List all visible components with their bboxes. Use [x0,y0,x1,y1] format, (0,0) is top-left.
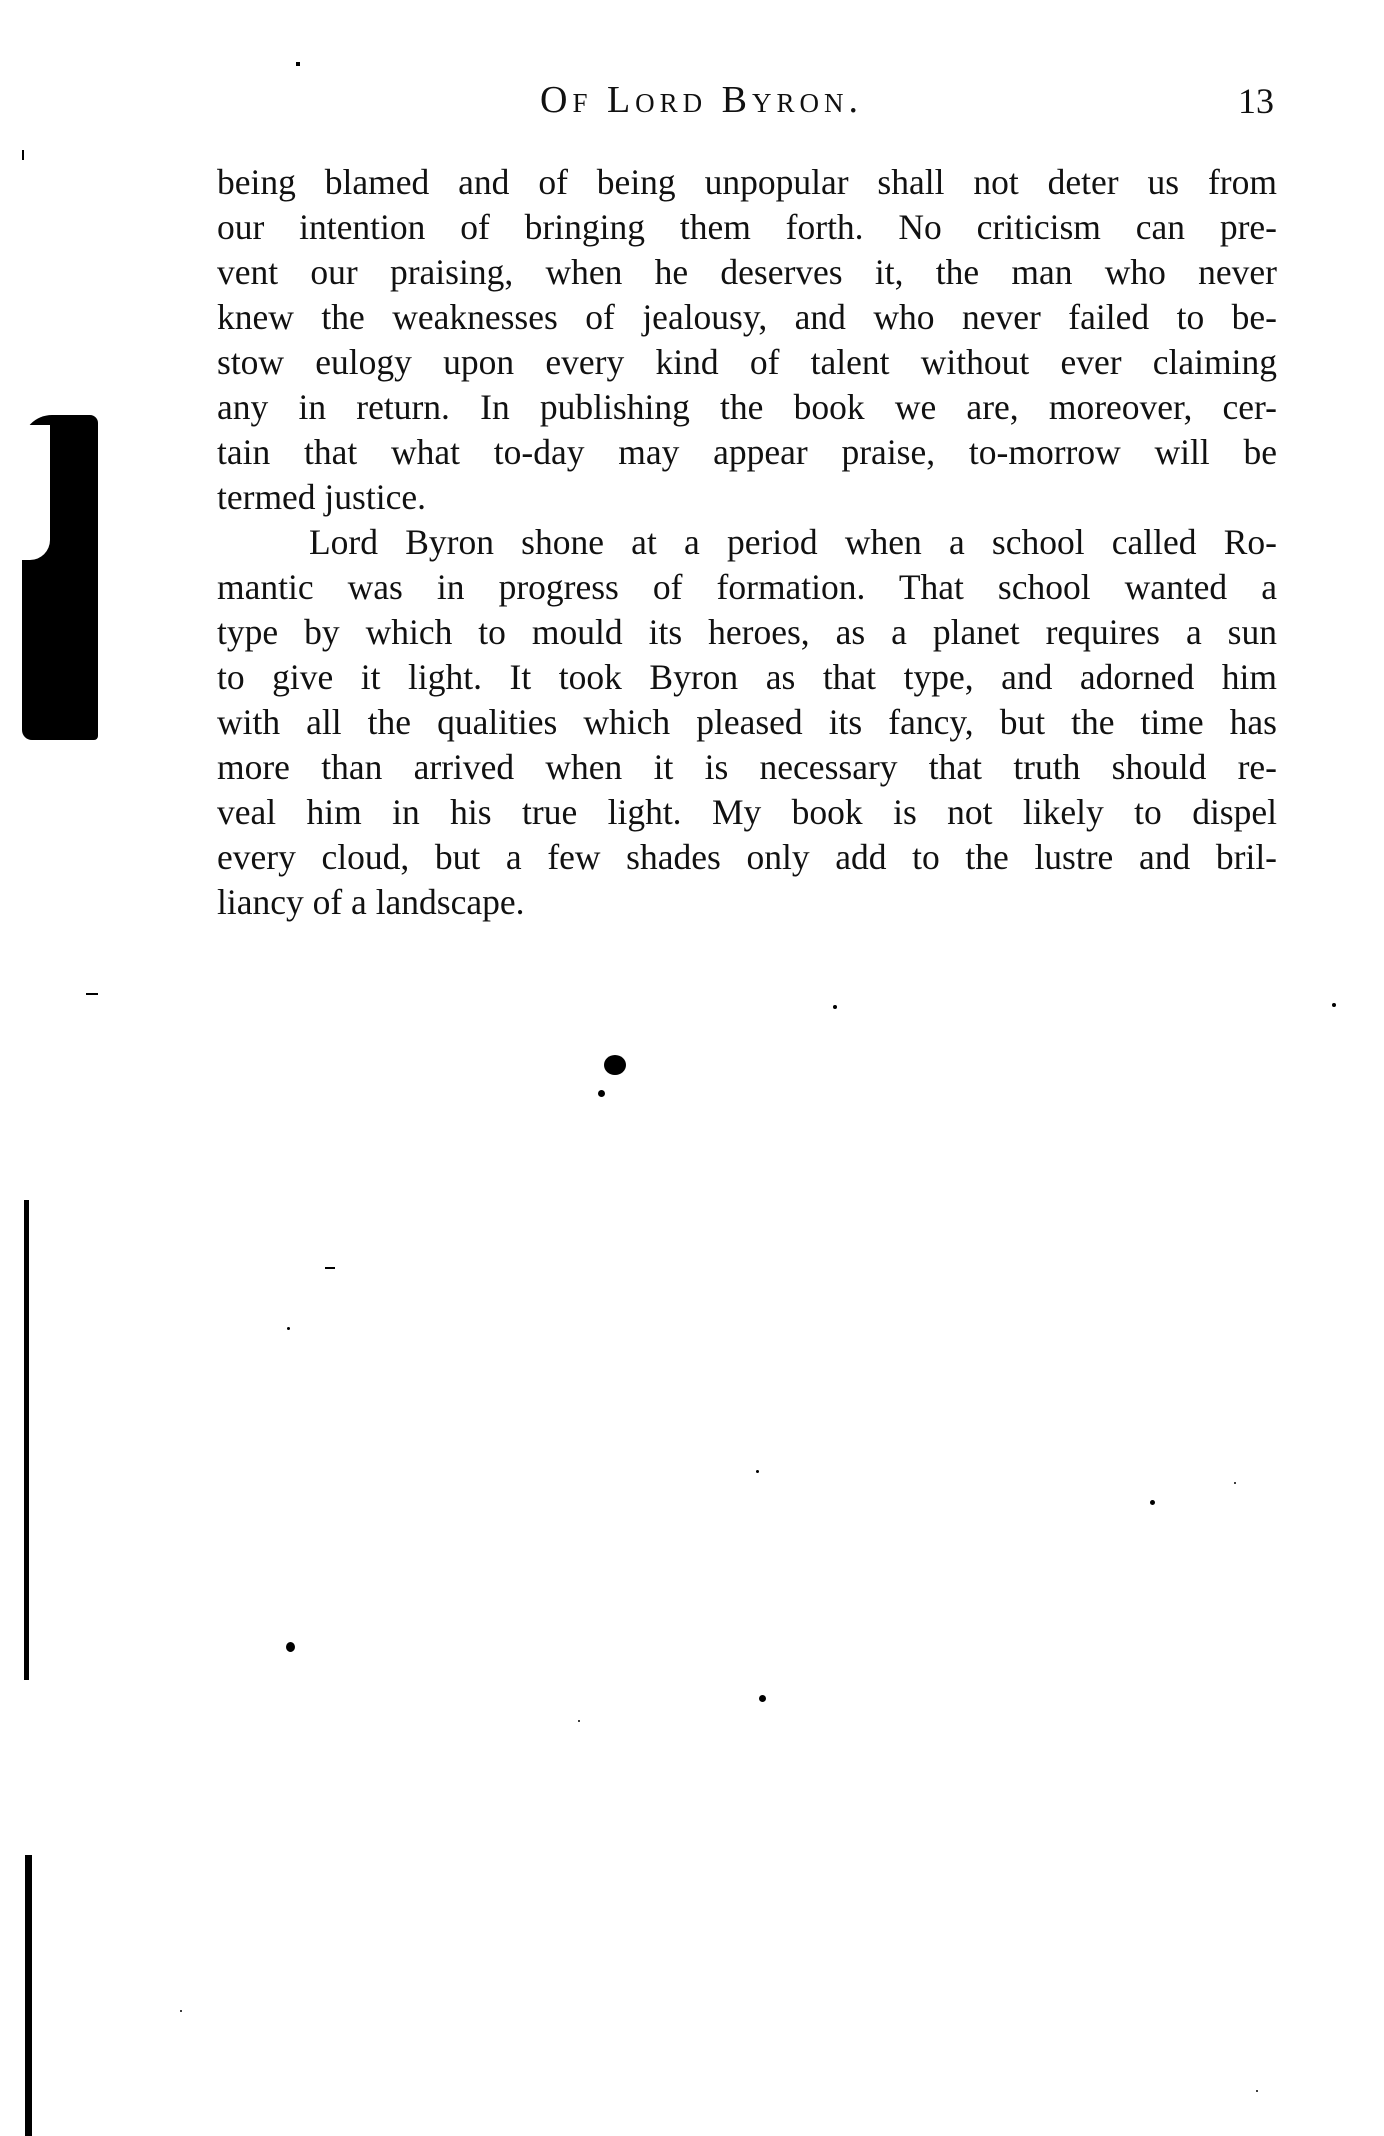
text-line: stow eulogy upon every kind of talent wi… [217,340,1277,385]
text-line: every cloud, but a few shades only add t… [217,835,1277,880]
page-number: 13 [1238,80,1274,122]
scan-edge-line [24,1200,29,1680]
scan-speck [578,1720,580,1722]
body-text: being blamed and of being unpopular shal… [217,160,1277,925]
text-line: Lord Byron shone at a period when a scho… [217,520,1277,565]
running-head: Of Lord Byron. 13 [0,78,1384,128]
text-line: termed justice. [217,475,1277,520]
text-line: type by which to mould its heroes, as a … [217,610,1277,655]
scan-speck [759,1695,766,1702]
text-line: any in return. In publishing the book we… [217,385,1277,430]
scan-speck [833,1005,837,1009]
text-line: being blamed and of being unpopular shal… [217,160,1277,205]
text-line: more than arrived when it is necessary t… [217,745,1277,790]
paragraph-1: being blamed and of being unpopular shal… [217,160,1277,520]
scan-speck [598,1090,605,1097]
scan-speck [604,1055,626,1075]
book-page: Of Lord Byron. 13 being blamed and of be… [0,0,1384,2136]
scan-edge-notch [22,425,50,560]
scan-speck [1234,1482,1236,1484]
scan-speck [296,62,300,66]
scan-edge-line [25,1855,32,2136]
scan-speck [86,993,98,995]
text-line: liancy of a landscape. [217,880,1277,925]
text-line: knew the weaknesses of jealousy, and who… [217,295,1277,340]
text-line: with all the qualities which pleased its… [217,700,1277,745]
scan-speck [180,2010,182,2012]
text-line: vent our praising, when he deserves it, … [217,250,1277,295]
scan-speck [286,1642,295,1652]
scan-speck [325,1267,335,1269]
scan-speck [22,150,24,160]
scan-speck [756,1470,759,1473]
text-line: tain that what to-day may appear praise,… [217,430,1277,475]
scan-speck [287,1327,290,1330]
scan-speck [1256,2090,1258,2092]
text-line: to give it light. It took Byron as that … [217,655,1277,700]
running-title: Of Lord Byron. [540,78,863,122]
text-line: mantic was in progress of formation. Tha… [217,565,1277,610]
text-line: our intention of bringing them forth. No… [217,205,1277,250]
paragraph-2: Lord Byron shone at a period when a scho… [217,520,1277,925]
scan-speck [1150,1500,1155,1505]
scan-speck [1332,1003,1336,1007]
text-line: veal him in his true light. My book is n… [217,790,1277,835]
